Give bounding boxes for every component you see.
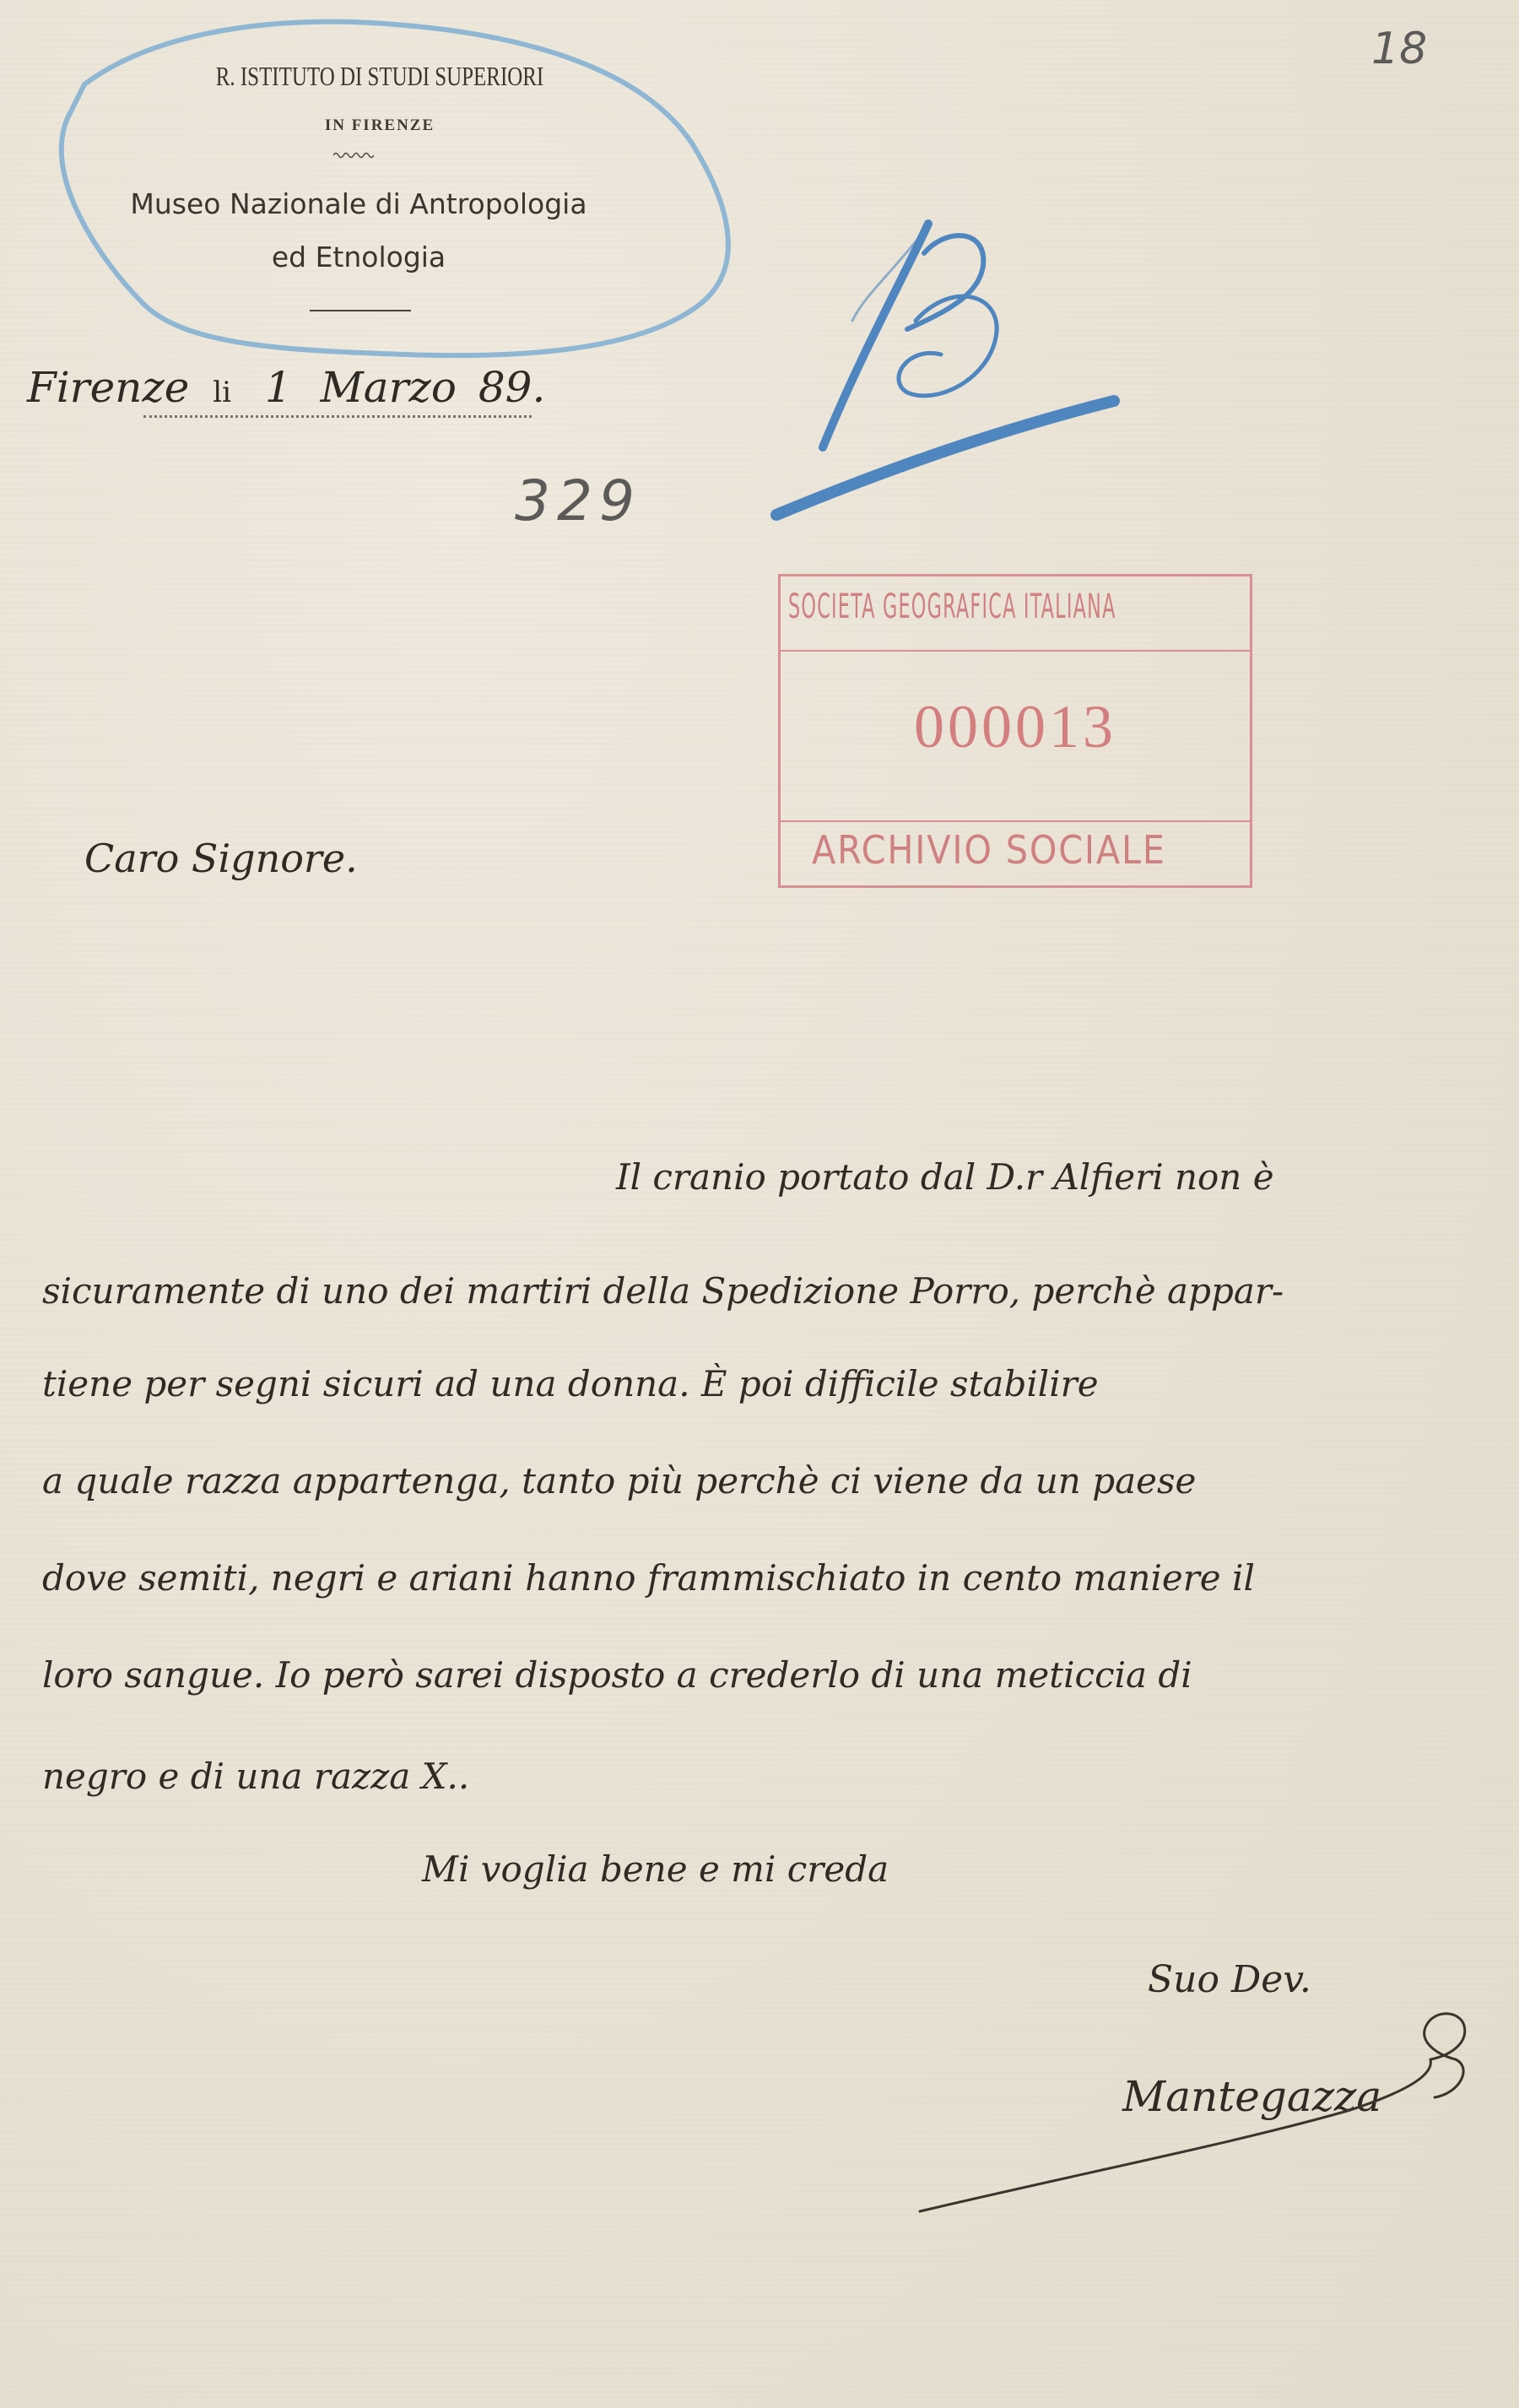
blue-b-mark-icon: [759, 203, 1148, 523]
letterhead-institution: R. ISTITUTO DI STUDI SUPERIORI: [208, 61, 551, 92]
letter-page: 18 R. ISTITUTO DI STUDI SUPERIORI IN FIR…: [0, 0, 1519, 2408]
dateline-place: Firenze: [27, 363, 189, 412]
letterhead-city: IN FIRENZE: [253, 116, 506, 135]
body-line: tiene per segni sicuri ad una donna. È p…: [42, 1363, 1099, 1404]
body-line: negro e di una razza X..: [42, 1756, 469, 1797]
letterhead-museum-line2: ed Etnologia: [169, 241, 549, 273]
salutation: Caro Signore.: [84, 836, 358, 881]
body-line: a quale razza appartenga, tanto più perc…: [42, 1460, 1196, 1502]
stamp-footer: ARCHIVIO SOCIALE: [812, 827, 1208, 873]
letterhead-rule: [310, 310, 411, 311]
dateline-prefix: li: [213, 376, 231, 409]
stamp-number: 000013: [778, 692, 1252, 762]
letterhead-ornament: [333, 150, 376, 159]
body-line: dove semiti, negri e ariani hanno frammi…: [42, 1557, 1255, 1599]
dateline-year: 89.: [478, 363, 546, 412]
signature-flourish: [911, 2009, 1519, 2245]
stamp-header: SOCIETA GEOGRAFICA ITALIANA: [788, 587, 1072, 626]
archive-number: 329: [515, 468, 641, 533]
dateline-month: Marzo: [321, 363, 457, 412]
body-line: sicuramente di uno dei martiri della Spe…: [42, 1270, 1284, 1312]
body-line: loro sangue. Io però sarei disposto a cr…: [42, 1654, 1192, 1696]
body-line: Il cranio portato dal D.r Alfieri non è: [616, 1156, 1274, 1198]
signoff: Suo Dev.: [1148, 1958, 1311, 2001]
archive-stamp: SOCIETA GEOGRAFICA ITALIANA 000013 ARCHI…: [778, 574, 1252, 888]
dateline-dotted-rule: [143, 415, 532, 418]
stamp-divider-bottom: [778, 820, 1252, 822]
letterhead-museum-line1: Museo Nazionale di Antropologia: [89, 187, 629, 220]
dateline-day: 1: [265, 363, 292, 412]
closing: Mi voglia bene e mi creda: [422, 1848, 889, 1890]
folio-number: 18: [1371, 24, 1427, 74]
stamp-divider-top: [778, 650, 1252, 652]
dateline: Firenze li 1 Marzo 89.: [27, 363, 545, 412]
